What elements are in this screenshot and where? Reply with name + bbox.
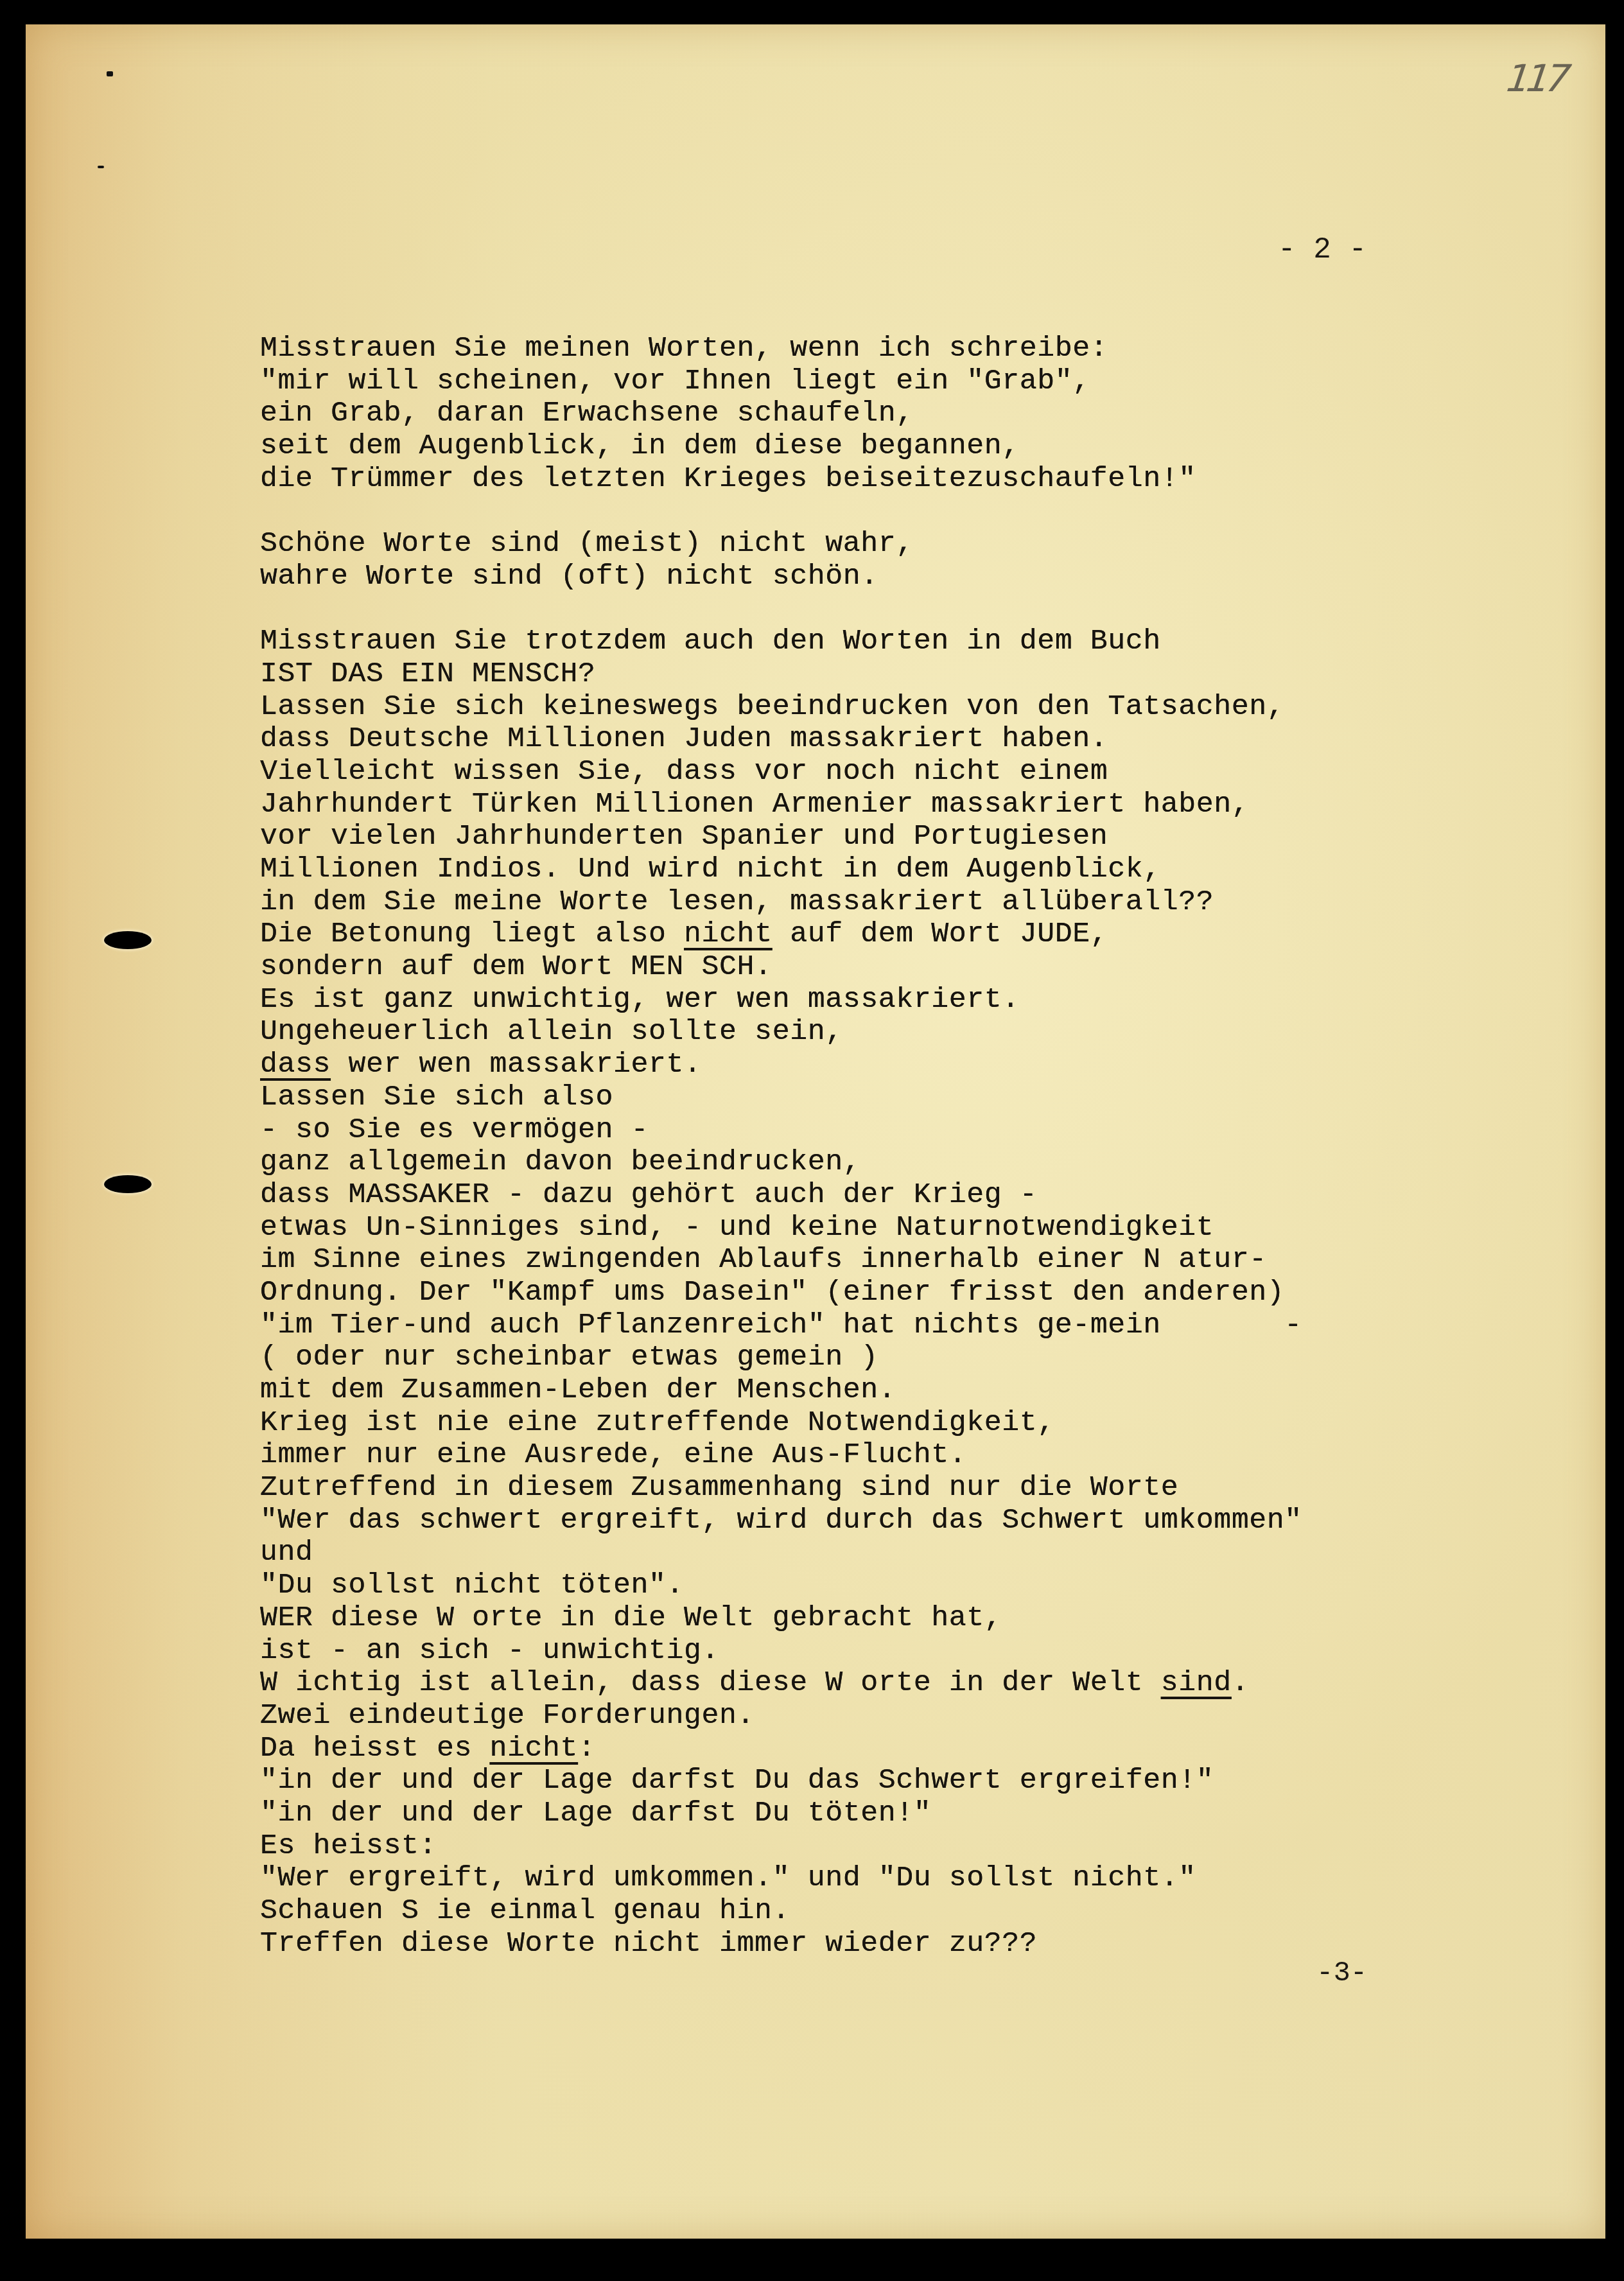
underlined-word: nicht [684,918,773,950]
text-line: W ichtig ist allein, dass diese W orte i… [260,1667,1480,1700]
text-line: "Wer das schwert ergreift, wird durch da… [260,1505,1480,1537]
text-line-content: die Trümmer des letzten Krieges beiseite… [260,462,1196,495]
text-line-content: in dem Sie meine Worte lesen, massakrier… [260,886,1214,918]
text-line-content: Krieg ist nie eine zutreffende Notwendig… [260,1406,1055,1439]
text-line-content: IST DAS EIN MENSCH? [260,658,596,690]
text-line-content: Treffen diese Worte nicht immer wieder z… [260,1927,1037,1960]
text-line-content: Vielleicht wissen Sie, dass vor noch nic… [260,755,1108,788]
text-line: die Trümmer des letzten Krieges beiseite… [260,463,1480,496]
page-number-bottom: -3- [1316,1957,1367,1989]
text-line: Die Betonung liegt also nicht auf dem Wo… [260,918,1480,951]
text-line: Zwei eindeutige Forderungen. [260,1700,1480,1733]
text-line: IST DAS EIN MENSCH? [260,658,1480,691]
text-line-content: Lassen Sie sich keineswegs beeindrucken … [260,690,1284,723]
text-line-content: Millionen Indios. Und wird nicht in dem … [260,853,1161,886]
text-line: Treffen diese Worte nicht immer wieder z… [260,1928,1480,1961]
text-line-content: "in der und der Lage darfst Du das Schwe… [260,1764,1214,1797]
text-line: Es ist ganz unwichtig, wer wen massakrie… [260,984,1480,1017]
text-line-content: "in der und der Lage darfst Du töten!" [260,1797,931,1830]
text-line-content: ( oder nur scheinbar etwas gemein ) [260,1341,878,1374]
text-line-content: "mir will scheinen, vor Ihnen liegt ein … [260,365,1090,398]
text-line-content: Da heisst es [260,1732,490,1765]
text-line-content: Es heisst: [260,1830,437,1862]
text-line-content: Ordnung. Der "Kampf ums Dasein" (einer f… [260,1276,1284,1309]
text-line-content: und [260,1536,313,1569]
text-line-content: dass MASSAKER - dazu gehört auch der Kri… [260,1178,1037,1211]
text-line-content: Ungeheuerlich allein sollte sein, [260,1015,843,1048]
text-line-content: Misstrauen Sie trotzdem auch den Worten … [260,625,1161,658]
text-line: "Du sollst nicht töten". [260,1569,1480,1602]
text-line-content: Es ist ganz unwichtig, wer wen massakrie… [260,983,1020,1016]
text-line: Krieg ist nie eine zutreffende Notwendig… [260,1407,1480,1440]
punch-hole [104,931,152,949]
text-line: ein Grab, daran Erwachsene schaufeln, [260,398,1480,430]
text-line-content: sondern auf dem Wort MEN SCH. [260,950,773,983]
underlined-word: dass [260,1048,331,1081]
text-line: Schöne Worte sind (meist) nicht wahr, [260,528,1480,561]
text-line: "Wer ergreift, wird umkommen." und "Du s… [260,1862,1480,1895]
text-line-content: ganz allgemein davon beeindrucken, [260,1146,860,1178]
text-line-content: etwas Un-Sinniges sind, - und keine Natu… [260,1211,1214,1244]
text-line: ( oder nur scheinbar etwas gemein ) [260,1342,1480,1374]
text-line: Vielleicht wissen Sie, dass vor noch nic… [260,756,1480,789]
text-line: Da heisst es nicht: [260,1733,1480,1765]
text-line-content: im Sinne eines zwingenden Ablaufs innerh… [260,1243,1267,1276]
text-line-content: W ichtig ist allein, dass diese W orte i… [260,1666,1161,1699]
text-line: Lassen Sie sich keineswegs beeindrucken … [260,691,1480,724]
text-line-content: dass Deutsche Millionen Juden massakrier… [260,722,1108,755]
staple-hole-mark [98,166,104,168]
text-line: ist - an sich - unwichtig. [260,1635,1480,1668]
text-line-content: WER diese W orte in die Welt gebracht ha… [260,1602,1002,1634]
staple-hole-mark [107,71,113,76]
text-line: seit dem Augenblick, in dem diese begann… [260,430,1480,463]
text-line-content: Zutreffend in diesem Zusammenhang sind n… [260,1471,1178,1504]
handwritten-folio-number: 117 [1505,57,1570,100]
text-line: dass MASSAKER - dazu gehört auch der Kri… [260,1179,1480,1212]
text-line-content: Die Betonung liegt also [260,918,684,950]
text-line-content: wahre Worte sind (oft) nicht schön. [260,560,878,593]
text-line-content: ein Grab, daran Erwachsene schaufeln, [260,397,914,430]
text-line: "in der und der Lage darfst Du töten!" [260,1797,1480,1830]
text-line: Schauen S ie einmal genau hin. [260,1895,1480,1928]
text-line: "im Tier-und auch Pflanzenreich" hat nic… [260,1309,1480,1342]
text-line-content: - so Sie es vermögen - [260,1114,649,1146]
text-line-content: Zwei eindeutige Forderungen. [260,1699,755,1732]
text-line: - so Sie es vermögen - [260,1114,1480,1147]
text-line: Millionen Indios. Und wird nicht in dem … [260,853,1480,886]
text-line: wahre Worte sind (oft) nicht schön. [260,561,1480,593]
text-line: sondern auf dem Wort MEN SCH. [260,951,1480,984]
text-line: und [260,1537,1480,1569]
text-line-content: Schöne Worte sind (meist) nicht wahr, [260,527,914,560]
text-line-content: "Wer ergreift, wird umkommen." und "Du s… [260,1862,1196,1894]
text-line-content: ist - an sich - unwichtig. [260,1634,719,1667]
text-line-content: seit dem Augenblick, in dem diese begann… [260,430,1020,462]
text-line: dass wer wen massakriert. [260,1049,1480,1081]
text-line: in dem Sie meine Worte lesen, massakrier… [260,886,1480,919]
text-line-continuation: wer wen massakriert. [331,1048,702,1081]
text-line: etwas Un-Sinniges sind, - und keine Natu… [260,1212,1480,1245]
text-line-continuation: auf dem Wort JUDE, [773,918,1108,950]
text-line: Lassen Sie sich also [260,1081,1480,1114]
text-line-content: Jahrhundert Türken Millionen Armenier ma… [260,788,1249,821]
text-line: immer nur eine Ausrede, eine Aus-Flucht. [260,1439,1480,1472]
text-line [260,593,1480,626]
text-line-content: mit dem Zusammen-Leben der Menschen. [260,1374,896,1406]
text-line: Misstrauen Sie meinen Worten, wenn ich s… [260,333,1480,365]
text-line: im Sinne eines zwingenden Ablaufs innerh… [260,1244,1480,1277]
text-line: "in der und der Lage darfst Du das Schwe… [260,1765,1480,1797]
text-line: Es heisst: [260,1830,1480,1863]
text-line: dass Deutsche Millionen Juden massakrier… [260,723,1480,756]
text-line-content: vor vielen Jahrhunderten Spanier und Por… [260,820,1108,853]
text-line: Ungeheuerlich allein sollte sein, [260,1016,1480,1049]
typewritten-body-text: Misstrauen Sie meinen Worten, wenn ich s… [260,333,1480,1960]
text-line: ganz allgemein davon beeindrucken, [260,1146,1480,1179]
page-number-top: - 2 - [1278,233,1366,267]
text-line: mit dem Zusammen-Leben der Menschen. [260,1374,1480,1407]
underlined-word: sind [1161,1666,1232,1699]
text-line: Misstrauen Sie trotzdem auch den Worten … [260,625,1480,658]
text-line-content: Lassen Sie sich also [260,1081,613,1114]
text-line-continuation: . [1232,1666,1250,1699]
underlined-word: nicht [490,1732,579,1765]
text-line [260,495,1480,528]
text-line-content: immer nur eine Ausrede, eine Aus-Flucht. [260,1438,966,1471]
punch-hole [104,1175,152,1193]
text-line-content: Schauen S ie einmal genau hin. [260,1894,790,1927]
text-line: "mir will scheinen, vor Ihnen liegt ein … [260,365,1480,398]
text-line: Zutreffend in diesem Zusammenhang sind n… [260,1472,1480,1505]
text-line: Ordnung. Der "Kampf ums Dasein" (einer f… [260,1277,1480,1309]
text-line: WER diese W orte in die Welt gebracht ha… [260,1602,1480,1635]
text-line-content: "im Tier-und auch Pflanzenreich" hat nic… [260,1309,1302,1342]
text-line-content: "Du sollst nicht töten". [260,1569,684,1602]
text-line: vor vielen Jahrhunderten Spanier und Por… [260,821,1480,853]
text-line-content: "Wer das schwert ergreift, wird durch da… [260,1504,1302,1537]
text-line-content: Misstrauen Sie meinen Worten, wenn ich s… [260,332,1108,365]
text-line: Jahrhundert Türken Millionen Armenier ma… [260,789,1480,821]
text-line-continuation: : [578,1732,596,1765]
